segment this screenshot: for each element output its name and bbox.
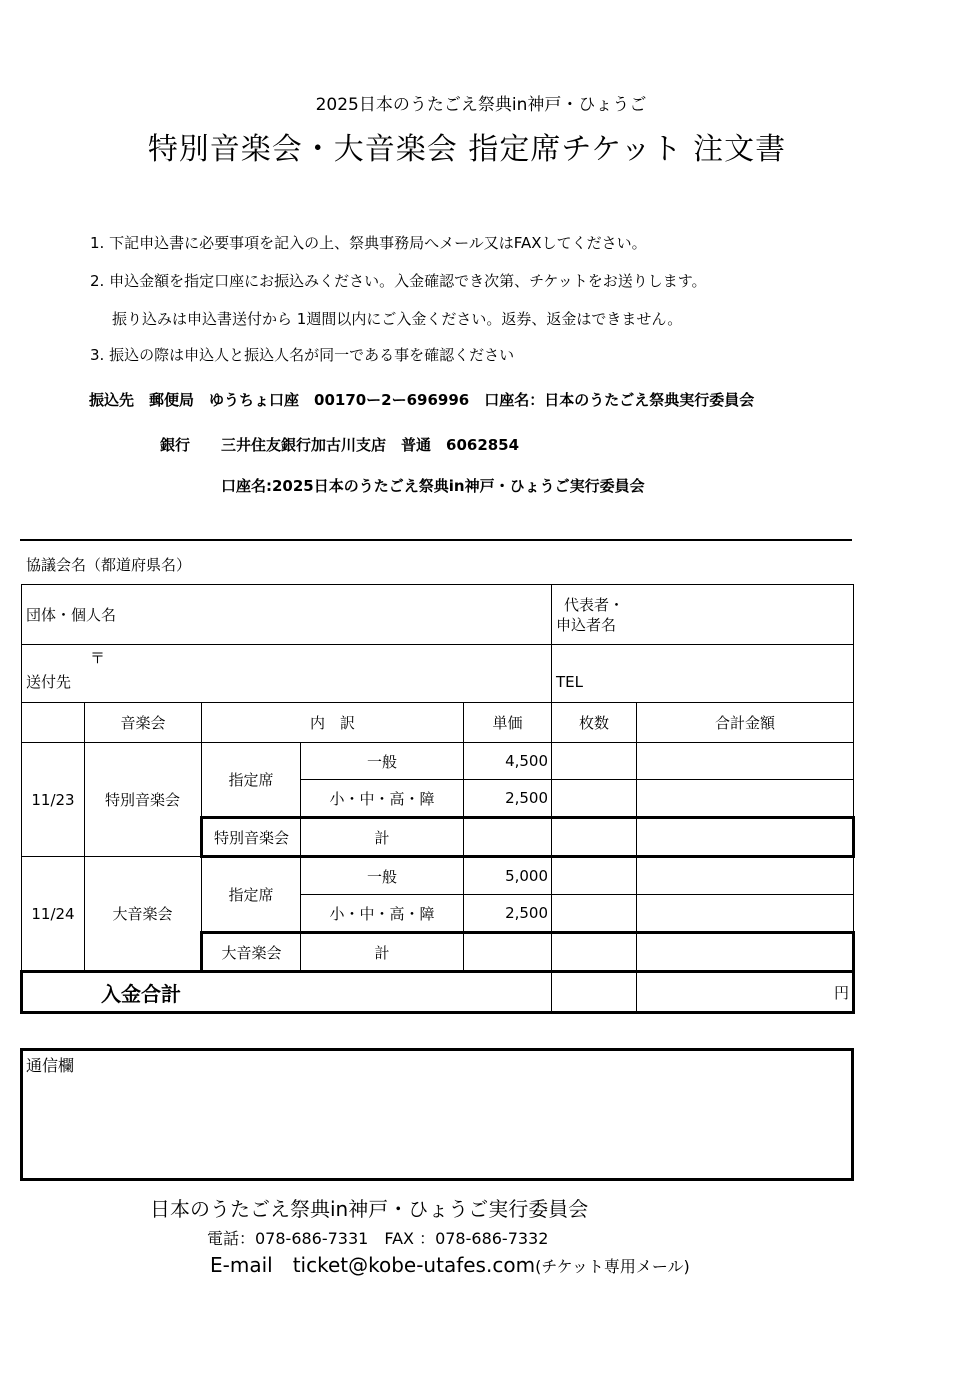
concert-name: 特別音楽会: [85, 743, 202, 857]
line-total[interactable]: [637, 743, 854, 780]
address-label: 送付先: [26, 673, 71, 691]
email-note: (チケット専用メール): [535, 1257, 690, 1276]
line-total[interactable]: [637, 895, 854, 933]
subtotal-label: 特別音楽会: [202, 818, 301, 857]
unit-price: 4,500: [464, 743, 552, 780]
grand-total-quantity[interactable]: [552, 972, 637, 1013]
col-total-header: 合計金額: [637, 703, 854, 743]
representative-label-1: 代表者・: [556, 595, 853, 615]
ticket-category: 小・中・高・障: [301, 895, 464, 933]
group-name-field[interactable]: 団体・個人名: [22, 585, 552, 645]
unit-price: 2,500: [464, 895, 552, 933]
grand-total-row: 入金合計 円: [22, 972, 854, 1013]
subtotal-quantity[interactable]: [552, 818, 637, 857]
subtotal-quantity[interactable]: [552, 933, 637, 972]
subtotal-kei: 計: [301, 933, 464, 972]
grand-total-amount[interactable]: 円: [637, 972, 854, 1013]
communication-box[interactable]: 通信欄: [20, 1048, 854, 1181]
email-line: E-mail ticket@kobe-utafes.com(チケット専用メール): [210, 1249, 690, 1278]
subtotal-price: [464, 933, 552, 972]
quantity-input[interactable]: [552, 780, 637, 818]
col-breakdown-header: 内 訳: [202, 703, 464, 743]
tel-field[interactable]: TEL: [552, 645, 854, 703]
bank-account-name: 口座名:2025日本のうたごえ祭典in神戸・ひょうご実行委員会: [221, 475, 645, 496]
instruction-2-continued: 振り込みは申込書送付から 1週間以内にご入金ください。返券、返金はできません。: [112, 308, 682, 329]
quantity-input[interactable]: [552, 743, 637, 780]
line-total[interactable]: [637, 857, 854, 895]
seat-type: 指定席: [202, 743, 301, 818]
instruction-3: 3. 振込の際は申込人と振込人名が同一である事を確認ください: [90, 344, 514, 365]
ticket-category: 一般: [301, 743, 464, 780]
table-row: 11/23 特別音楽会 指定席 一般 4,500: [22, 743, 854, 780]
communication-label: 通信欄: [26, 1053, 74, 1076]
concert-date: 11/23: [22, 743, 85, 857]
organizer-name: 日本のうたごえ祭典in神戸・ひょうご実行委員会: [150, 1193, 588, 1222]
divider: [20, 539, 852, 541]
col-unit-price-header: 単価: [464, 703, 552, 743]
quantity-input[interactable]: [552, 895, 637, 933]
ticket-category: 小・中・高・障: [301, 780, 464, 818]
subtotal-price: [464, 818, 552, 857]
subtotal-amount[interactable]: [637, 818, 854, 857]
council-name-label[interactable]: 協議会名（都道府県名）: [26, 554, 191, 575]
ticket-category: 一般: [301, 857, 464, 895]
table-row: 11/24 大音楽会 指定席 一般 5,000: [22, 857, 854, 895]
concert-date: 11/24: [22, 857, 85, 972]
representative-field[interactable]: 代表者・ 申込者名: [552, 585, 854, 645]
subtotal-amount[interactable]: [637, 933, 854, 972]
concert-name: 大音楽会: [85, 857, 202, 972]
grand-total-label: 入金合計: [22, 972, 552, 1013]
yen-label: 円: [834, 984, 849, 1002]
event-subtitle: 2025日本のうたごえ祭典in神戸・ひょうご: [0, 90, 962, 115]
line-total[interactable]: [637, 780, 854, 818]
col-concert-header: 音楽会: [85, 703, 202, 743]
order-form-table: 団体・個人名 代表者・ 申込者名 〒 送付先 TEL 音楽会 内 訳 単価 枚数…: [20, 584, 855, 1014]
col-date-header: [22, 703, 85, 743]
postal-mark: 〒: [90, 647, 105, 668]
address-field[interactable]: 〒 送付先: [22, 645, 552, 703]
col-quantity-header: 枚数: [552, 703, 637, 743]
group-name-label: 団体・個人名: [26, 606, 116, 624]
subtotal-kei: 計: [301, 818, 464, 857]
representative-label-2: 申込者名: [556, 615, 853, 635]
postal-account: 振込先 郵便局 ゆうちょ口座 00170ー2ー696996 口座名：日本のうたご…: [89, 389, 754, 410]
bank-detail: 三井住友銀行加古川支店 普通 6062854: [221, 434, 519, 455]
quantity-input[interactable]: [552, 857, 637, 895]
unit-price: 2,500: [464, 780, 552, 818]
unit-price: 5,000: [464, 857, 552, 895]
instruction-1: 1. 下記申込書に必要事項を記入の上、祭典事務局へメール又はFAXしてください。: [90, 232, 647, 253]
seat-type: 指定席: [202, 857, 301, 933]
subtotal-label: 大音楽会: [202, 933, 301, 972]
bank-label: 銀行: [160, 434, 190, 455]
instruction-2: 2. 申込金額を指定口座にお振込みください。入金確認でき次第、チケットをお送りし…: [90, 270, 707, 291]
phone-fax: 電話：078-686-7331 FAX ：078-686-7332: [207, 1226, 548, 1249]
tel-label: TEL: [556, 673, 583, 691]
page-title: 特別音楽会・大音楽会 指定席チケット 注文書: [0, 124, 934, 168]
email-address[interactable]: E-mail ticket@kobe-utafes.com: [210, 1253, 535, 1277]
